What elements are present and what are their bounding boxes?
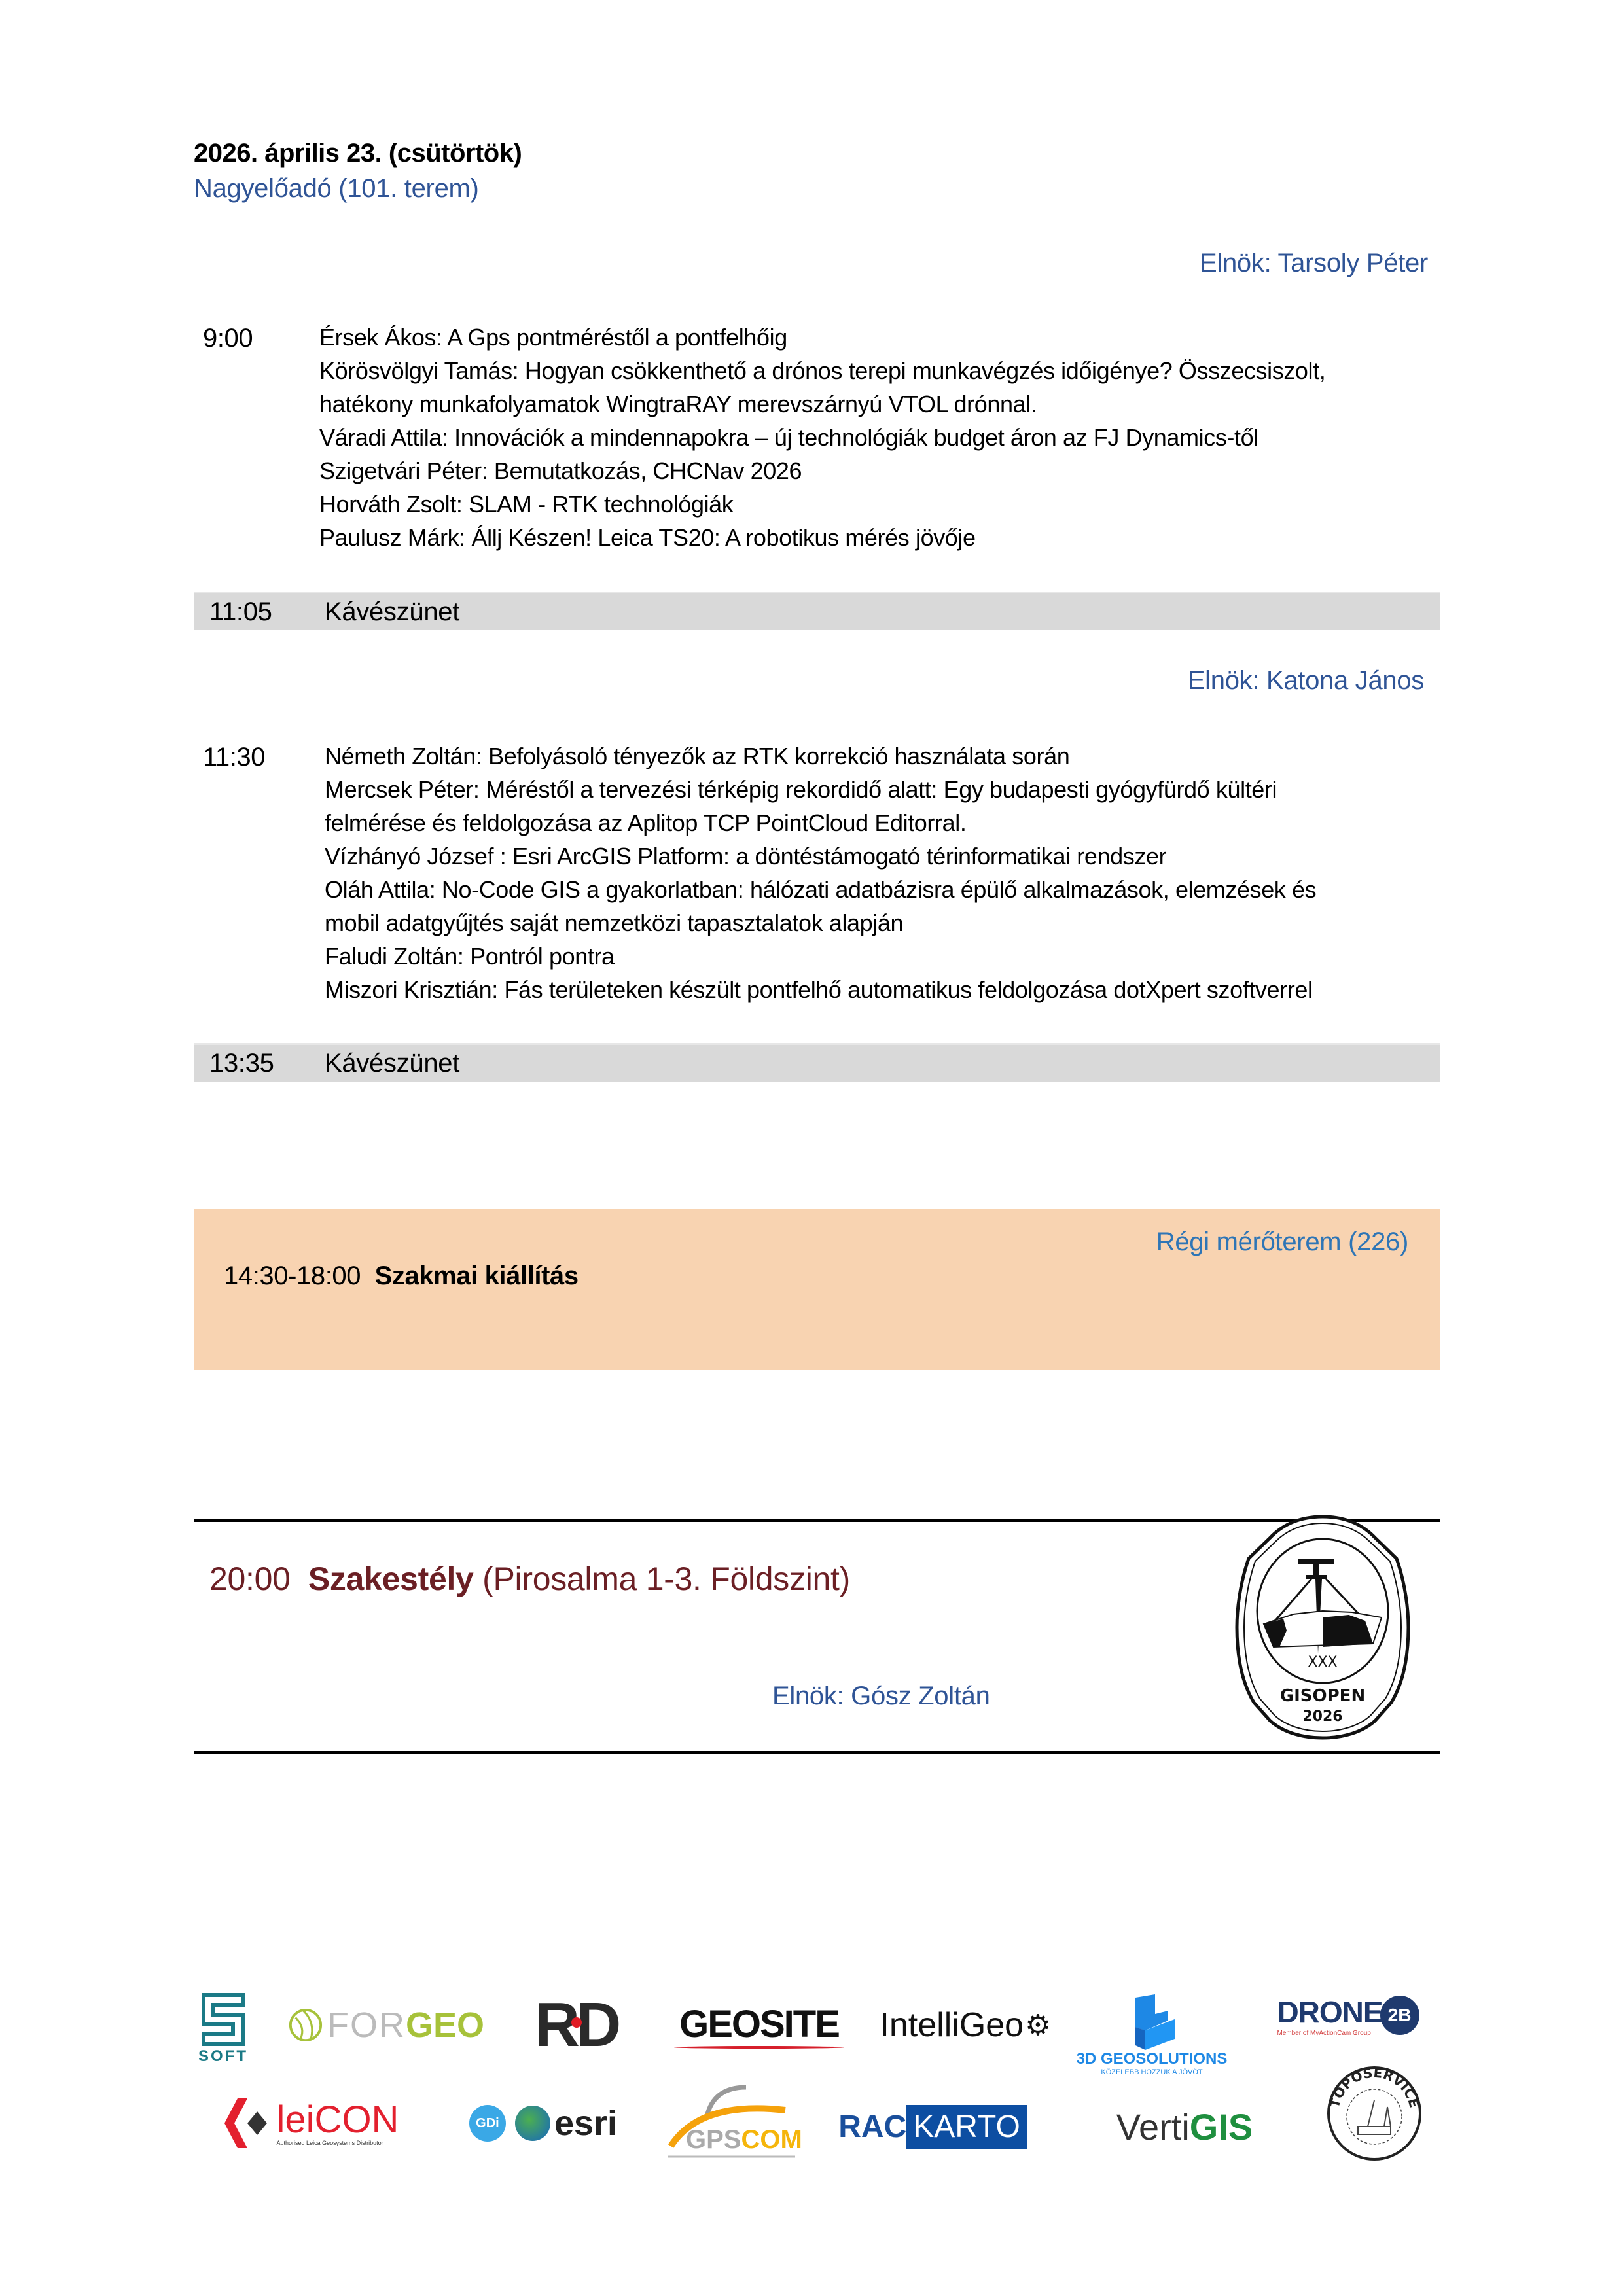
sponsor-forgeo-logo: FOR GEO (288, 1999, 484, 2051)
intelligeo-gear-icon: ⚙ (1025, 2009, 1050, 2042)
esri-globe-icon (515, 2106, 550, 2141)
drone2b-badge: 2B (1380, 1996, 1419, 2035)
talk-item: Váradi Attila: Innovációk a mindennapokr… (319, 421, 1432, 454)
break1-time: 11:05 (209, 593, 272, 630)
room-heading: Nagyelőadó (101. terem) (194, 174, 479, 203)
rd-red-dot-icon (571, 2017, 582, 2028)
talk-item: Faludi Zoltán: Pontról pontra (325, 940, 1437, 973)
talk-item: Körösvölgyi Tamás: Hogyan csökkenthető a… (319, 354, 1432, 387)
exhibition-box: Régi mérőterem (226) 14:30-18:00 Szakmai… (194, 1209, 1440, 1370)
break1-label: Kávészünet (325, 593, 459, 630)
gdi-badge: GDi (469, 2105, 506, 2142)
leicon-chevron-icon (224, 2098, 270, 2148)
talk-item: Mercsek Péter: Méréstől a tervezési térk… (325, 773, 1437, 806)
sponsor-3dgeosolutions-logo: 3D GEOSOLUTIONS KÖZELEBB HOZZUK A JÖVŐT (1073, 1989, 1230, 2081)
coffee-break-1: 11:05 Kávészünet (194, 592, 1440, 630)
sponsor-gpscom-logo: GPSCOM (661, 2081, 798, 2159)
dinner-line: 20:00 Szakestély (Pirosalma 1-3. Földszi… (209, 1560, 850, 1598)
talk-item: Paulusz Márk: Állj Készen! Leica TS20: A… (319, 521, 1432, 554)
dinner-chair: Elnök: Gósz Zoltán (772, 1682, 990, 1711)
talk-item: Oláh Attila: No-Code GIS a gyakorlatban:… (325, 873, 1437, 906)
talk-item: hatékony munkafolyamatok WingtraRAY mere… (319, 387, 1432, 421)
sponsor-gdi-esri-logo: GDi esri (458, 2094, 628, 2153)
talk-item: Vízhányó József : Esri ArcGIS Platform: … (325, 839, 1437, 873)
break2-label: Kávészünet (325, 1045, 459, 1082)
forgeo-globe-icon (288, 2002, 323, 2048)
gisopen-emblem-icon: XXX GISOPEN 2026 (1234, 1513, 1411, 1742)
talk-item: mobil adatgyűjtés saját nemzetközi tapas… (325, 906, 1437, 940)
sponsor-drone2b-logo: DRONE Member of MyActionCam Group 2B (1263, 1989, 1433, 2041)
3d-cube-icon (1116, 1994, 1188, 2050)
sponsor-rd-logo: RD (524, 1992, 628, 2058)
talk-item: Miszori Krisztián: Fás területeken készü… (325, 973, 1437, 1006)
sponsor-geosite-logo: GEOSITE (671, 1996, 847, 2055)
soft-mark-icon (197, 1992, 249, 2047)
talk-item: Szigetvári Péter: Bemutatkozás, CHCNav 2… (319, 454, 1432, 487)
talk-item: Érsek Ákos: A Gps pontméréstől a pontfel… (319, 321, 1432, 354)
sponsor-vertigis-logo: Verti GIS (1099, 2104, 1270, 2149)
talk-item: felmérése és feldolgozása az Aplitop TCP… (325, 806, 1437, 839)
session2-talk-list: Németh Zoltán: Befolyásoló tényezők az R… (325, 739, 1437, 1006)
dinner-location: (Pirosalma 1-3. Földszint) (482, 1561, 850, 1597)
talk-item: Németh Zoltán: Befolyásoló tényezők az R… (325, 739, 1437, 773)
session2-time: 11:30 (203, 741, 265, 774)
divider-bottom (194, 1751, 1440, 1754)
emblem-numeral: XXX (1308, 1654, 1337, 1670)
day-heading: 2026. április 23. (csütörtök) (194, 139, 522, 168)
dinner-title: Szakestély (308, 1561, 474, 1597)
emblem-name: GISOPEN (1280, 1686, 1365, 1706)
session2-chair: Elnök: Katona János (1188, 666, 1424, 696)
talk-item: Horváth Zsolt: SLAM - RTK technológiák (319, 487, 1432, 521)
session1-chair: Elnök: Tarsoly Péter (1200, 249, 1428, 278)
break2-time: 13:35 (209, 1045, 274, 1082)
exhibition-line: 14:30-18:00 Szakmai kiállítás (224, 1262, 579, 1291)
sponsor-toposervice-logo: TOPOSERVICE (1322, 2055, 1427, 2166)
sponsor-intelligeo-logo: IntelliGeo ⚙ (870, 2002, 1060, 2048)
sponsor-soft-logo: SOFT (194, 1989, 253, 2068)
exhibition-title: Szakmai kiállítás (375, 1262, 579, 1290)
geosite-swoosh-icon (674, 2046, 844, 2049)
emblem-year: 2026 (1302, 1708, 1342, 1725)
coffee-break-2: 13:35 Kávészünet (194, 1043, 1440, 1082)
dinner-time: 20:00 (209, 1561, 291, 1597)
sponsor-rackarto-logo: RAC KARTO (828, 2100, 1037, 2153)
exhibition-room: Régi mérőterem (226) (1156, 1227, 1408, 1257)
sponsor-leicon-logo: leiCON Authorised Leica Geosystems Distr… (194, 2094, 429, 2153)
exhibition-time: 14:30-18:00 (224, 1262, 361, 1290)
session1-talk-list: Érsek Ákos: A Gps pontméréstől a pontfel… (319, 321, 1432, 554)
session1-time: 9:00 (203, 322, 253, 355)
toposervice-seal-icon: TOPOSERVICE (1322, 2055, 1427, 2166)
